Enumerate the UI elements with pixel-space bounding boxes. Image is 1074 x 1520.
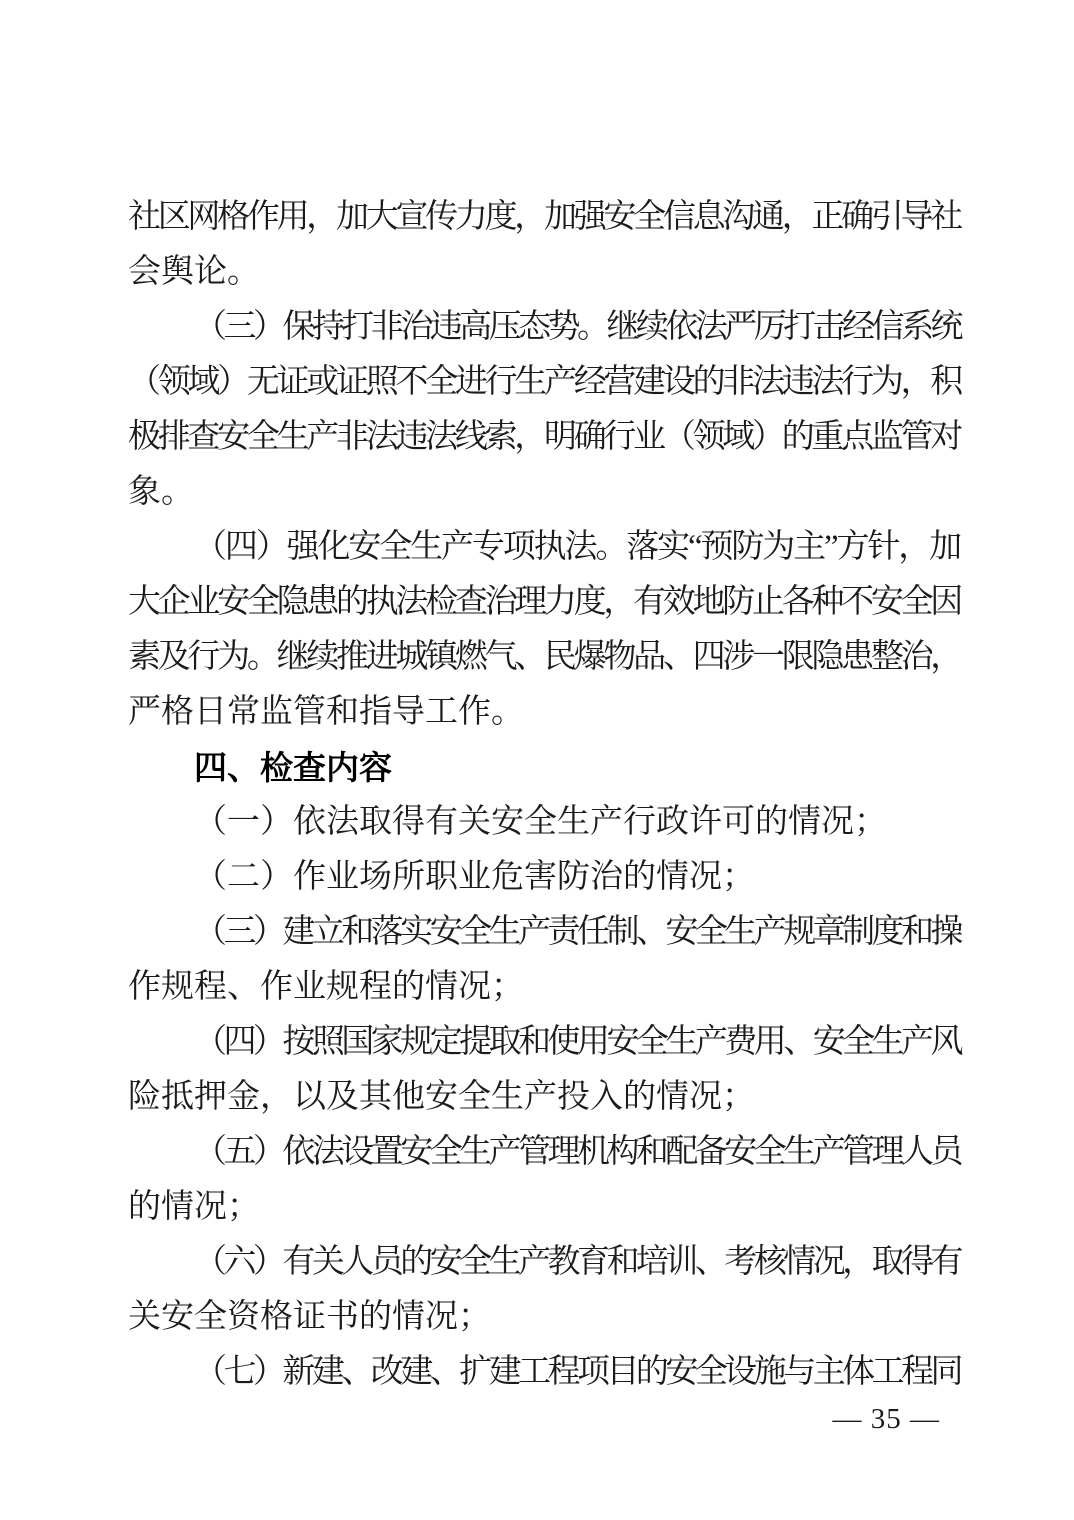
text-line: （领域）无证或证照不全进行生产经营建设的非法违法行为，积 (128, 364, 960, 400)
text-line: 险抵押金，以及其他安全生产投入的情况； (128, 1079, 755, 1115)
document-page: 社区网格作用，加大宣传力度，加强安全信息沟通，正确引导社会舆论。（三）保持打非治… (0, 0, 1074, 1520)
paragraph: （六）有关人员的安全生产教育和培训、考核情况，取得有关安全资格证书的情况； (128, 1235, 960, 1345)
text-line: 关安全资格证书的情况； (128, 1299, 491, 1335)
page-number: — 35 — (833, 1392, 941, 1447)
text-line: （四）强化安全生产专项执法。落实“预防为主”方针，加 (194, 529, 960, 565)
paragraph: （五）依法设置安全生产管理机构和配备安全生产管理人员的情况； (128, 1125, 960, 1235)
text-line: （六）有关人员的安全生产教育和培训、考核情况，取得有 (194, 1244, 960, 1280)
text-line: 会舆论。 (128, 254, 260, 290)
text-line: （三）保持打非治违高压态势。继续依法严厉打击经信系统 (194, 309, 960, 345)
paragraph: （三）保持打非治违高压态势。继续依法严厉打击经信系统（领域）无证或证照不全进行生… (128, 300, 960, 520)
text-line: 社区网格作用，加大宣传力度，加强安全信息沟通，正确引导社 (128, 199, 960, 235)
text-line: 严格日常监管和指导工作。 (128, 694, 524, 730)
paragraph: （一）依法取得有关安全生产行政许可的情况； (128, 795, 960, 850)
text-line: 四、检查内容 (194, 749, 392, 786)
text-line: （一）依法取得有关安全生产行政许可的情况； (194, 804, 887, 840)
text-line: 的情况； (128, 1189, 260, 1225)
paragraph: （四）强化安全生产专项执法。落实“预防为主”方针，加大企业安全隐患的执法检查治理… (128, 520, 960, 740)
paragraph: （四）按照国家规定提取和使用安全生产费用、安全生产风险抵押金，以及其他安全生产投… (128, 1015, 960, 1125)
text-line: 作规程、作业规程的情况； (128, 969, 524, 1005)
text-line: （七）新建、改建、扩建工程项目的安全设施与主体工程同 (194, 1354, 960, 1390)
text-line: 极排查安全生产非法违法线索，明确行业（领域）的重点监管对 (128, 419, 960, 455)
paragraph: （二）作业场所职业危害防治的情况； (128, 850, 960, 905)
text-line: （二）作业场所职业危害防治的情况； (194, 859, 755, 895)
text-line: （三）建立和落实安全生产责任制、安全生产规章制度和操 (194, 914, 960, 950)
document-body: 社区网格作用，加大宣传力度，加强安全信息沟通，正确引导社会舆论。（三）保持打非治… (128, 190, 960, 1400)
text-line: 素及行为。继续推进城镇燃气、民爆物品、四涉一限隐患整治， (128, 639, 960, 675)
text-line: （五）依法设置安全生产管理机构和配备安全生产管理人员 (194, 1134, 960, 1170)
text-line: 大企业安全隐患的执法检查治理力度，有效地防止各种不安全因 (128, 584, 960, 620)
section-heading: 四、检查内容 (128, 740, 960, 795)
paragraph: （三）建立和落实安全生产责任制、安全生产规章制度和操作规程、作业规程的情况； (128, 905, 960, 1015)
paragraph: 社区网格作用，加大宣传力度，加强安全信息沟通，正确引导社会舆论。 (128, 190, 960, 300)
text-line: （四）按照国家规定提取和使用安全生产费用、安全生产风 (194, 1024, 960, 1060)
text-line: 象。 (128, 474, 194, 510)
